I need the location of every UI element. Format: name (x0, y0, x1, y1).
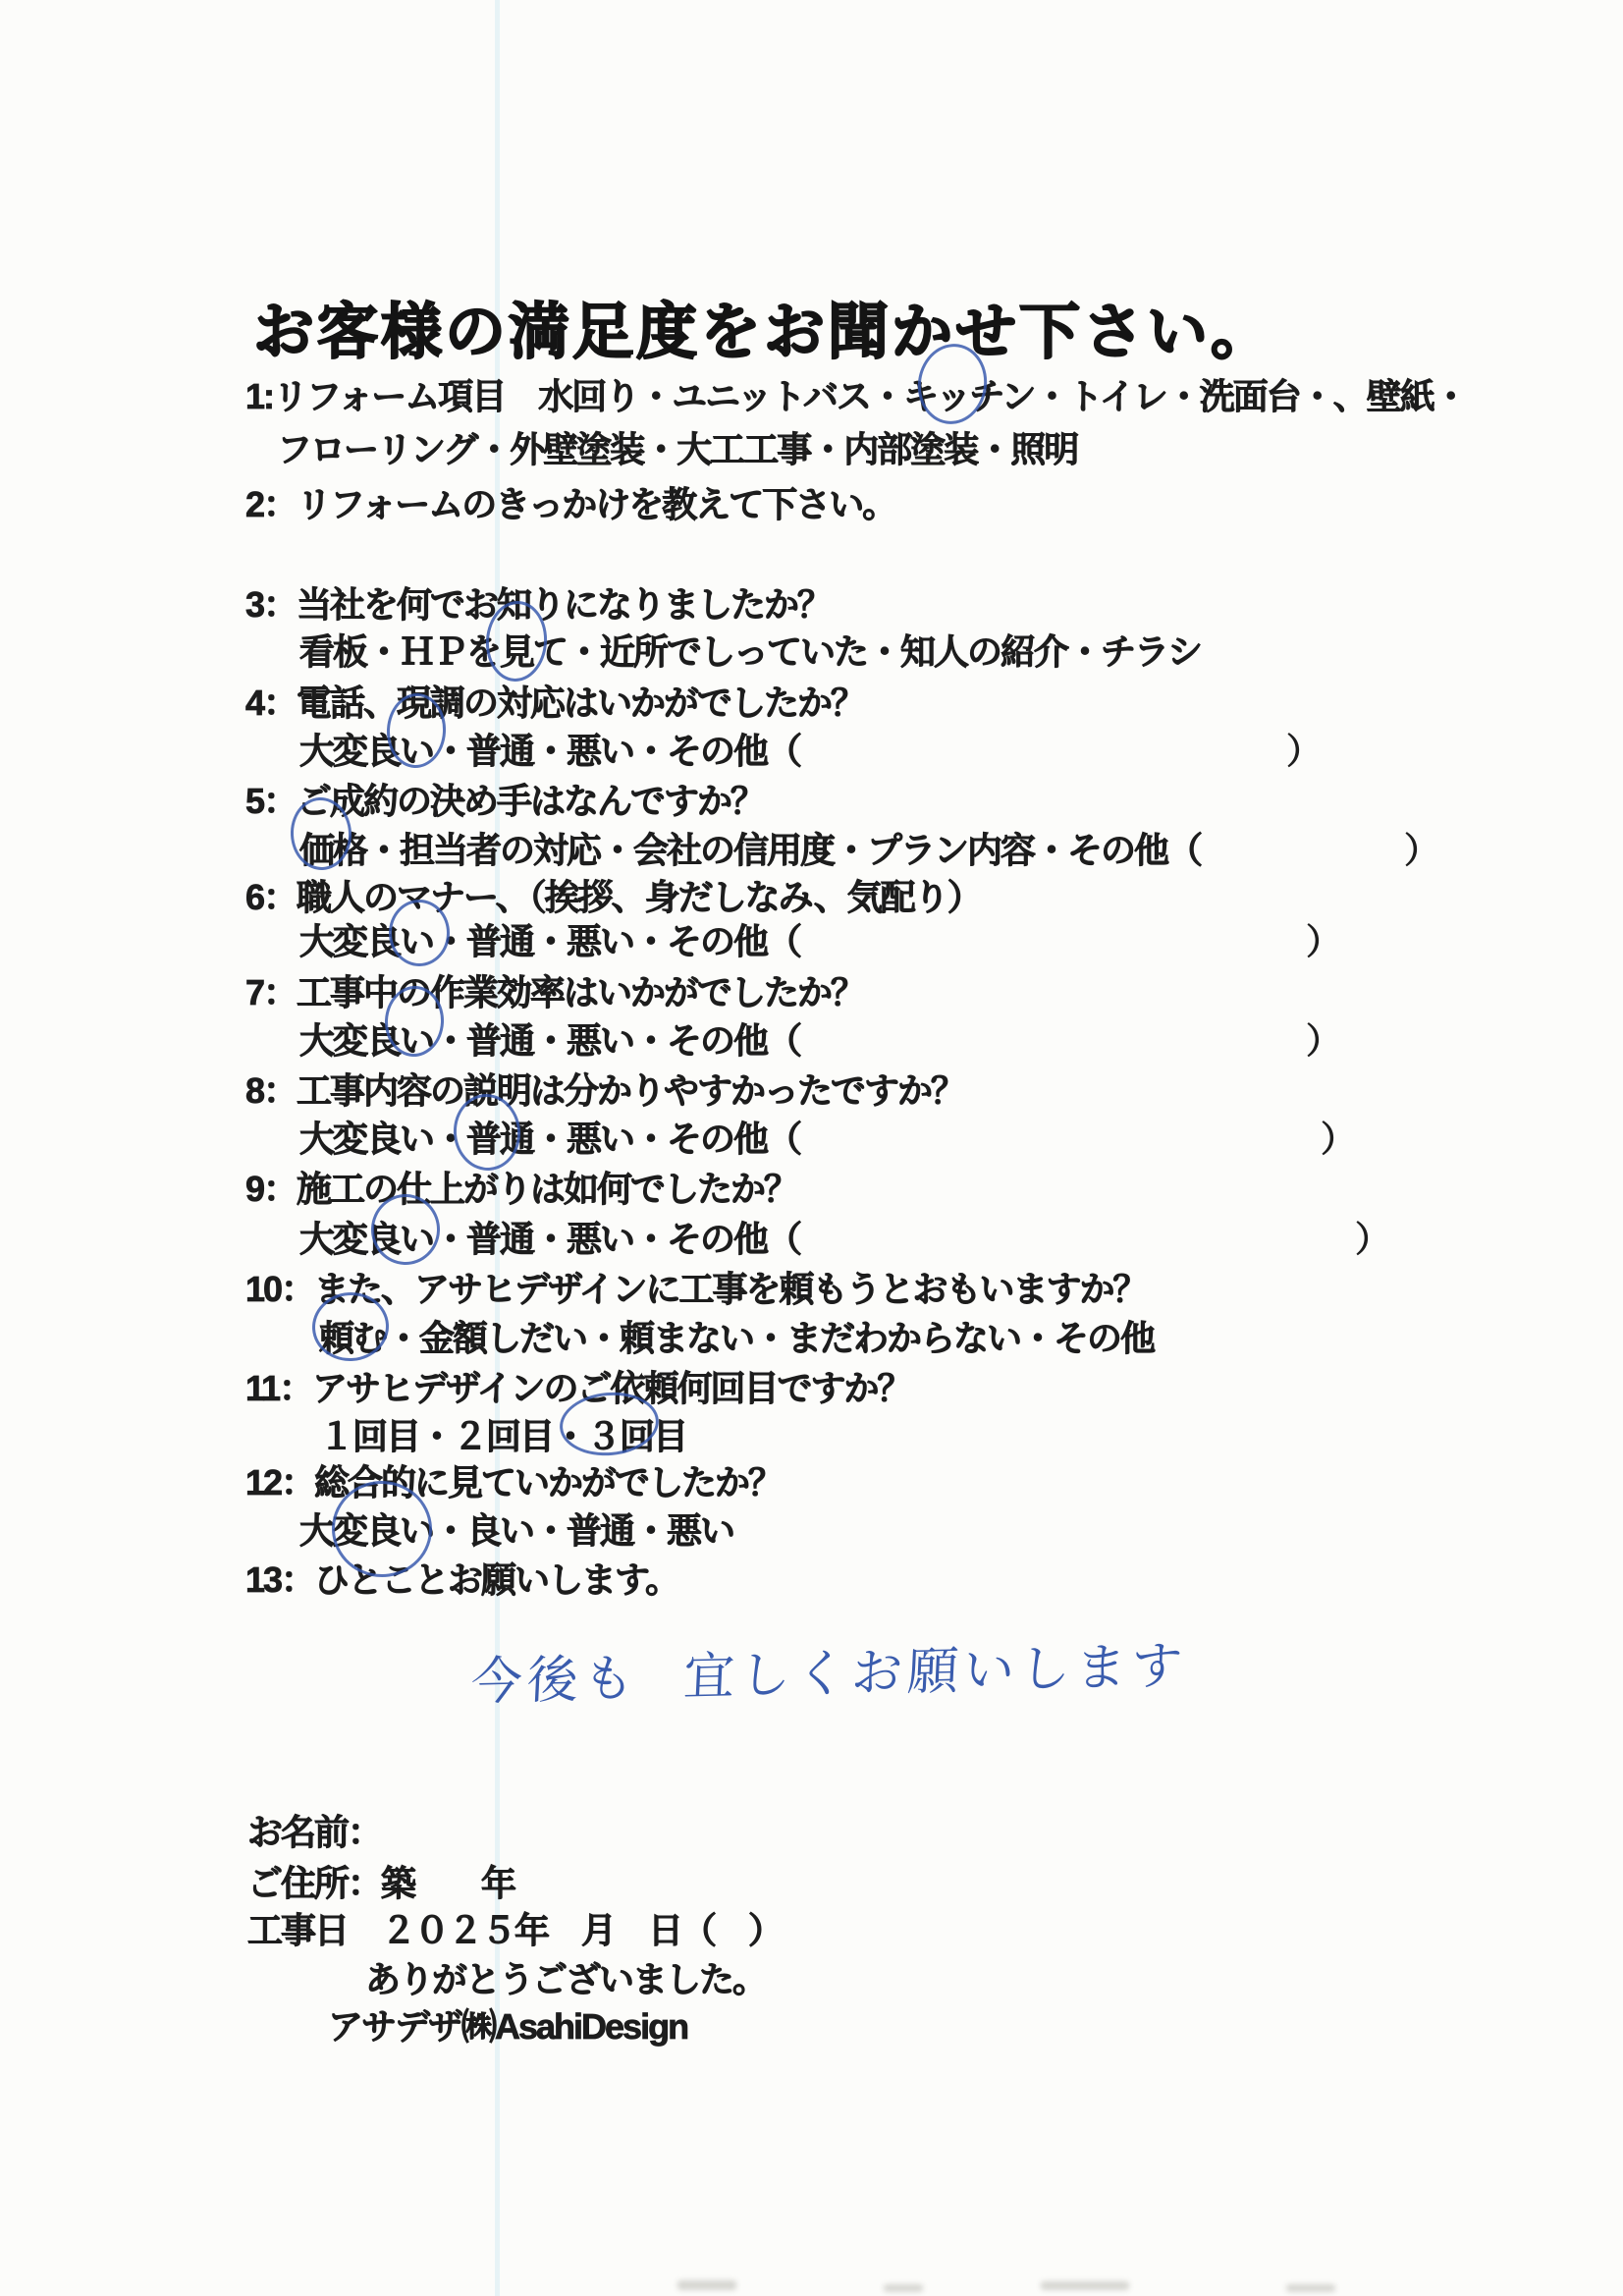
pen-circle-q6-taihen-yoi (389, 900, 450, 966)
q7-answer-options: 大変良い・普通・悪い・その他（ (299, 1013, 800, 1064)
q5-close-paren: ） (1404, 823, 1439, 873)
q7-heading: 7：工事中の作業効率はいかがでしたか？ (245, 965, 864, 1015)
q8-heading: 8：工事内容の説明は分かりやすかったですか？ (245, 1064, 964, 1114)
q2-heading: 2：リフォームのきっかけを教えて下さい。 (245, 477, 895, 527)
q6-close-paren: ） (1306, 914, 1341, 964)
footer-thanks-text: ありがとうございました。 (365, 1952, 766, 2002)
q7-close-paren: ） (1306, 1013, 1341, 1064)
q4-heading: 4：電話、現調の対応はいかがでしたか？ (245, 676, 864, 726)
q5-answer-options: 価格・担当者の対応・会社の信用度・プラン内容・その他（ (299, 823, 1201, 873)
q8-answer-options: 大変良い・普通・悪い・その他（ (299, 1112, 800, 1162)
q1-items-line1: 1:リフォーム項目 水回り・ユニットバス・キッチン・トイレ・洗面台・、壁紙・ (245, 369, 1467, 419)
q4-close-paren: ） (1286, 724, 1322, 774)
footer-address-label: ご住所：築 年 (247, 1856, 514, 1906)
q6-heading: 6：職人のマナー、（挨拶、身だしなみ、気配り） (245, 870, 981, 920)
scan-smudge (1041, 2281, 1129, 2290)
q10-answer-options: 頼む・金額しだい・頼まない・まだわからない・その他 (319, 1311, 1154, 1361)
q8-close-paren: ） (1321, 1112, 1356, 1162)
q6-answer-options: 大変良い・普通・悪い・その他（ (299, 914, 800, 964)
scan-smudge (1286, 2284, 1335, 2292)
q4-answer-options: 大変良い・普通・悪い・その他（ (299, 724, 800, 774)
scan-smudge (677, 2280, 736, 2290)
footer-name-label: お名前： (247, 1805, 381, 1855)
scan-smudge (884, 2284, 923, 2292)
q1-items-line2: フローリング・外壁塗装・大工工事・内部塗装・照明 (277, 422, 1077, 472)
page-title: お客様の満足度をお聞かせ下さい。 (253, 283, 1274, 370)
handwritten-comment: 今後も 宜しくお願いします (469, 1624, 1189, 1715)
q12-heading: 12：総合的に見ていかがでしたか？ (245, 1455, 782, 1505)
footer-company-name: アサデザ㈱AsahiDesign (328, 1999, 687, 2050)
q3-answer-options: 看板・ＨＰを見て・近所でしっていた・知人の紹介・チラシ (299, 625, 1201, 675)
q13-heading: 13：ひとことお願いします。 (245, 1553, 678, 1603)
q9-heading: 9：施工の仕上がりは如何でしたか？ (245, 1162, 797, 1212)
q9-close-paren: ） (1355, 1212, 1390, 1262)
scanned-survey-page: お客様の満足度をお聞かせ下さい。 1:リフォーム項目 水回り・ユニットバス・キッ… (0, 0, 1623, 2296)
footer-date-label: 工事日 ２０２５年 月 日（ ） (247, 1903, 782, 1953)
